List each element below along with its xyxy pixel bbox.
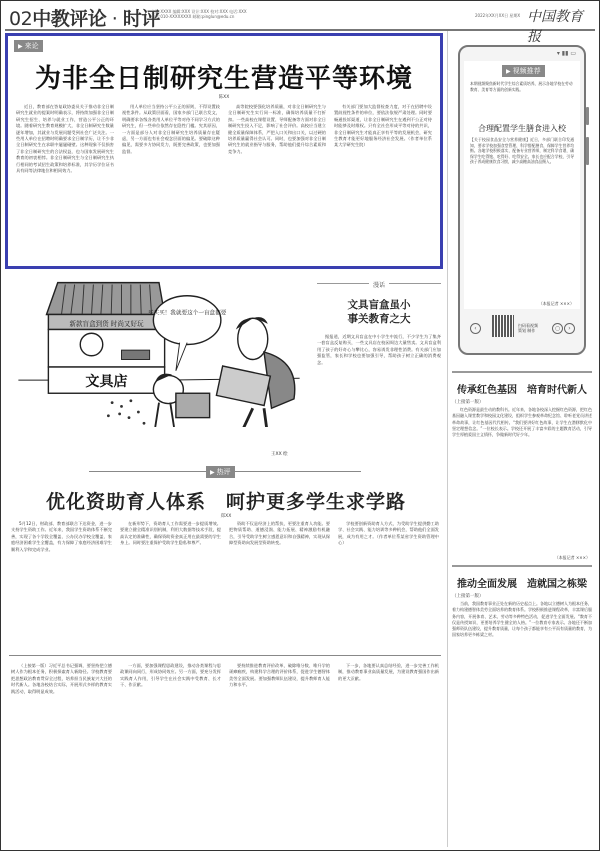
phone-side-button <box>586 137 589 165</box>
column-label-text: 漫话 <box>369 282 389 289</box>
record-icon[interactable]: ○ <box>552 323 563 334</box>
phone-byline: （本报记者 ×××） <box>539 301 574 307</box>
qr-caption: 扫码看视频 策划 制作 <box>518 323 538 333</box>
rail-story-headline: 推动全面发展 造就国之栋梁 <box>452 575 592 590</box>
phone-side-button <box>586 107 589 125</box>
play-triangle-icon: ▶ <box>210 469 215 476</box>
phone-intro: 本期视频聚焦新时代学生综合素质培养，展示各地学校在劳动教育、美育等方面的创新实践… <box>470 81 574 92</box>
shop-banner-text: 新款盲盒到货 时尚又好玩 <box>69 319 144 328</box>
video-tag: ▶视频推荐 <box>502 65 545 77</box>
speech-text: 买买买！我就要这个一盲盒都要 <box>148 309 227 317</box>
cartoon-illustration: 新款盲盒到货 时尚又好玩 文具店 买买买！我就要这个一盲盒都要 <box>9 277 309 427</box>
paragraph: 高等院校要强化培养质量，对非全日制研究生与全日制研究生实行同一标准，确保培养质量… <box>228 104 326 155</box>
next-arrow-icon[interactable]: › <box>564 323 575 334</box>
article-column: 学校要创新资助育人方式，为受助学生提供勤工助学、社会实践、能力培训等多种机会，帮… <box>338 521 439 643</box>
phone-mockup: ▾ ▮▮ ▭ ▶视频推荐 本期视频聚焦新时代学生综合素质培养，展示各地学校在劳动… <box>458 45 586 355</box>
phone-screen: ▶视频推荐 本期视频聚焦新时代学生综合素质培养，展示各地学校在劳动教育、美育等方… <box>464 61 580 309</box>
issue-date: 2022年XX月XX日 星期X <box>475 13 520 19</box>
article-column: 资助不仅是经济上的帮扶，更要注重育人功能。要把物质帮助、道德浸润、能力拓展、精神… <box>229 521 330 643</box>
rail-story-kicker: （上接第一版） <box>452 593 484 599</box>
article-byline: 陈XX <box>8 94 440 100</box>
phone-body: 【关于校园食品安全与营养健康】近日，多部门联合印发通知，要求学校加强食堂管理，科… <box>470 137 574 165</box>
qr-code[interactable] <box>492 315 514 337</box>
editors-credit: 主编:XXXX 编辑:XXX 设计:XXX 校对:XXX 电话:XXX 电话:0… <box>151 9 311 19</box>
phone-headline: 合理配置学生膳食进入校 <box>464 123 580 134</box>
page-number: 02 <box>9 8 32 30</box>
rail-story-kicker: （上接第一版） <box>452 399 484 405</box>
article-byline: 郑XX <box>1 513 451 519</box>
rail-story-byline: （本报记者 ×××） <box>555 555 590 561</box>
article-column: 5月12日，财政部、教育部联合下达资金，进一步支持学生资助工作。近年来，我国学生… <box>11 521 112 643</box>
section-name: 中教评论 <box>32 8 106 30</box>
paragraph: 有关部门要加大监督检查力度，对于在招聘中设置歧视性条件的单位，要依法依规严肃处理… <box>334 104 432 149</box>
prev-arrow-icon[interactable]: ‹ <box>470 323 481 334</box>
separator: · <box>112 8 118 30</box>
article-body-upper: 5月12日，财政部、教育部联合下达资金，进一步支持学生资助工作。近年来，我国学生… <box>11 521 439 643</box>
paragraph: 学校要创新资助育人方式，为受助学生提供勤工助学、社会实践、能力培训等多种机会，帮… <box>338 521 439 547</box>
phone-status-icons: ▾ ▮▮ ▭ <box>557 50 576 57</box>
section-divider <box>9 655 441 656</box>
paragraph: 一方面，要加强课程思政建设，推动各类课程与思政课同向同行，形成协同效应。另一方面… <box>120 663 221 689</box>
paragraph: 要持续推进教育评价改革，破除唯分数、唯升学的顽瘴痼疾，构建科学合理的评价体系，促… <box>229 663 330 689</box>
column-label: 漫话 <box>317 283 441 284</box>
paragraph: （上接第一版）习近平总书记强调，要坚持把立德树人作为根本任务，积极探索育人新路径… <box>11 663 112 695</box>
article-tag: ▶热评 <box>206 466 235 478</box>
tag-label: 热评 <box>217 468 231 476</box>
rail-story-body: 当前，我国教育事业正处在新的历史起点上。各地以立德树人为根本任务，着力构建德智体… <box>452 601 592 839</box>
paragraph: 资助不仅是经济上的帮扶，更要注重育人功能。要把物质帮助、道德浸润、能力拓展、精神… <box>229 521 330 547</box>
column-headline: 文具盲盒虽小 事关教育之大 <box>317 298 441 326</box>
video-icon: ▶ <box>506 68 511 75</box>
rail-divider <box>452 565 592 567</box>
paragraph: 近日，教育部在答复政协委员关于推动非全日制研究生就业的提案时明确表示，将持续加强… <box>16 104 114 174</box>
paragraph: 在新形势下，资助育人工作需要进一步提质增效。要建立健全精准识别机制，利用大数据等… <box>120 521 221 547</box>
headline-line: 事关教育之大 <box>317 312 441 326</box>
column-body: 据报道，近期文具盲盒在中小学生中流行，不少学生为了集齐一套盲盒反复购买，一些文具… <box>317 334 441 452</box>
article-headline: 优化资助育人体系 呵护更多学生求学路 <box>1 487 451 514</box>
article-column: （上接第一版）习近平总书记强调，要坚持把立德树人作为根本任务，积极探索育人新路径… <box>11 663 112 843</box>
article-headline: 为非全日制研究生营造平等环境 <box>8 58 440 95</box>
phone-footer: ‹ 扫码看视频 策划 制作 ○ › <box>460 311 584 351</box>
article-column: 用人单位应当坚持公平公正的原则，不得设置歧视性条件。从政策层面看，国家多部门已联… <box>122 104 220 264</box>
paragraph: 5月12日，财政部、教育部联合下达资金，进一步支持学生资助工作。近年来，我国学生… <box>11 521 112 553</box>
rail-story-body: 红色资源是最生动的教科书。近年来，各地各校深入挖掘红色资源，把红色基因融入课堂教… <box>452 407 592 553</box>
article-column: 一方面，要加强课程思政建设，推动各类课程与思政课同向同行，形成协同效应。另一方面… <box>120 663 221 843</box>
article-column: 有关部门要加大监督检查力度，对于在招聘中设置歧视性条件的单位，要依法依规严肃处理… <box>334 104 432 264</box>
right-rail: ▾ ▮▮ ▭ ▶视频推荐 本期视频聚焦新时代学生综合素质培养，展示各地学校在劳动… <box>447 31 596 847</box>
shop-sign-text: 文具店 <box>85 373 127 390</box>
article-tag: ▶来论 <box>14 40 43 52</box>
article-body-lower: （上接第一版）习近平总书记强调，要坚持把立德树人作为根本任务，积极探索育人新路径… <box>11 663 439 843</box>
headline-line: 文具盲盒虽小 <box>317 298 441 312</box>
qr-caption-line: 策划 制作 <box>518 328 538 333</box>
sidebar-column-article: 漫话 文具盲盒虽小 事关教育之大 据报道，近期文具盲盒在中小学生中流行，不少学生… <box>317 279 441 452</box>
article-column: 要持续推进教育评价改革，破除唯分数、唯升学的顽瘴痼疾，构建科学合理的评价体系，促… <box>229 663 330 843</box>
paragraph: 下一步，各地要认真总结经验，进一步完善工作机制，推动教育事业高质量发展，为建设教… <box>338 663 439 682</box>
tag-label: 视频推荐 <box>513 67 541 75</box>
paragraph: 用人单位应当坚持公平公正的原则，不得设置歧视性条件。从政策层面看，国家多部门已联… <box>122 104 220 155</box>
article-body: 近日，教育部在答复政协委员关于推动非全日制研究生就业的提案时明确表示，将持续加强… <box>16 104 432 264</box>
article-column: 下一步，各地要认真总结经验，进一步完善工作机制，推动教育事业高质量发展，为建设教… <box>338 663 439 843</box>
rail-story-headline: 传承红色基因 培育时代新人 <box>452 381 592 396</box>
play-triangle-icon: ▶ <box>18 43 23 50</box>
article-column: 近日，教育部在答复政协委员关于推动非全日制研究生就业的提案时明确表示，将持续加强… <box>16 104 114 264</box>
article-column: 高等院校要强化培养质量，对非全日制研究生与全日制研究生实行同一标准，确保培养质量… <box>228 104 326 264</box>
highlighted-article[interactable]: ▶来论 为非全日制研究生营造平等环境 陈XX 近日，教育部在答复政协委员关于推动… <box>5 33 443 269</box>
paragraph: 据报道，近期文具盲盒在中小学生中流行，不少学生为了集齐一套盲盒反复购买，一些文具… <box>317 334 441 366</box>
masthead: 02中教评论 · 时评 主编:XXXX 编辑:XXX 设计:XXX 校对:XXX… <box>5 1 595 31</box>
cartoon-credit: 王XX 绘 <box>271 451 288 457</box>
article-column: 在新形势下，资助育人工作需要进一步提质增效。要建立健全精准识别机制，利用大数据等… <box>120 521 221 643</box>
newspaper-page: 02中教评论 · 时评 主编:XXXX 编辑:XXX 设计:XXX 校对:XXX… <box>0 0 600 851</box>
tag-label: 来论 <box>25 42 39 50</box>
contact-line: 电话:010-XXXXXXXX 邮箱:pinglun@edu.cn <box>151 14 311 19</box>
page-section-title: 02中教评论 · 时评 <box>9 4 160 31</box>
rail-divider <box>452 371 592 373</box>
